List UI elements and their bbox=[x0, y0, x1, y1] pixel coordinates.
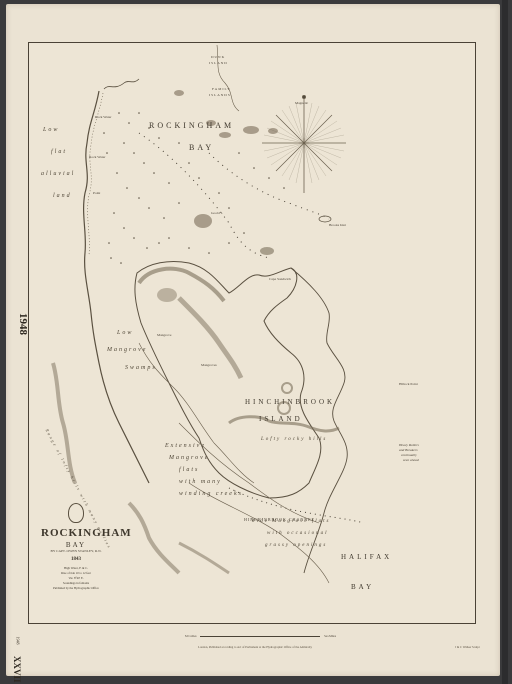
label-rock-water-2: Rock Water bbox=[89, 155, 105, 159]
label-with-occasional: with occasional bbox=[267, 531, 329, 536]
label-cape-sandwich: Cape Sandwich bbox=[269, 277, 291, 281]
label-hillock-point: Hillock Point bbox=[399, 382, 418, 386]
label-mangrove-creek: Mangrove bbox=[157, 333, 171, 337]
label-brooks-islet: Brooks Islet bbox=[329, 223, 346, 227]
label-extensive: Extensive bbox=[165, 443, 206, 449]
label-lofty-rocky-hills: Lofty rocky hills bbox=[261, 437, 327, 442]
label-shoal-note-3: continually bbox=[401, 453, 417, 457]
publisher-imprint: London, Published according to Act of Pa… bbox=[190, 645, 320, 649]
label-rockingham: ROCKINGHAM bbox=[149, 121, 234, 130]
admiralty-seal-icon bbox=[68, 503, 84, 523]
label-winding-creeks: winding creeks bbox=[179, 491, 243, 497]
label-goold-island: Goold I. bbox=[211, 211, 223, 215]
label-mangrove: Mangrove bbox=[107, 347, 147, 353]
compass-rose bbox=[262, 96, 346, 194]
label-low: Low bbox=[43, 127, 59, 133]
label-swamps: Swamps bbox=[125, 365, 157, 371]
surveyor-line: BY CAPT. OWEN STANLEY, R.N. bbox=[41, 549, 111, 553]
mainland-coastline bbox=[84, 91, 149, 483]
chart-notes: High Water, F. & C. Rise of tide 10 to 1… bbox=[41, 566, 111, 591]
small-sheet-number: 1948 bbox=[16, 637, 21, 645]
label-mangrove-flats: Mangrove bbox=[169, 455, 209, 461]
chart-subtitle: BAY bbox=[41, 541, 111, 549]
label-grassy-openings: grassy openings bbox=[265, 543, 327, 548]
label-alluvial: alluvial bbox=[41, 171, 75, 177]
label-hinchinbrook: HINCHINBROOK bbox=[245, 398, 335, 406]
label-bay: BAY bbox=[189, 143, 214, 152]
sheet-edge-shadow bbox=[502, 0, 508, 684]
label-rock-water-1: Rock Water bbox=[95, 115, 111, 119]
label-mangroves: Mangroves bbox=[201, 363, 217, 367]
scale-line bbox=[200, 636, 320, 637]
label-halifax-bay: BAY bbox=[351, 583, 374, 591]
label-halifax-text: HALIFAX bbox=[341, 553, 392, 561]
scale-right-label: Sea Miles bbox=[324, 634, 336, 638]
map-frame: ROCKINGHAM BAY HINCHINBROOK ISLAND HALIF… bbox=[28, 42, 476, 624]
label-point: Point bbox=[93, 191, 100, 195]
label-shoal-note-2: and Breakers bbox=[399, 448, 418, 452]
label-family: FAMILY bbox=[212, 87, 231, 91]
engraver-credit: J & C Walker Sculpt bbox=[455, 645, 480, 649]
chart-title: ROCKINGHAM bbox=[41, 527, 111, 539]
scale-bar: M Cables Sea Miles bbox=[185, 634, 336, 638]
goold-island bbox=[194, 214, 212, 228]
soundings bbox=[103, 112, 285, 264]
compass-label: Magnetic bbox=[295, 101, 308, 105]
label-with-many: with many bbox=[179, 479, 222, 485]
chart-year: 1843 bbox=[41, 557, 111, 562]
plate-number: XXVII bbox=[12, 656, 22, 683]
label-shoal-note-1: Heavy Rollers bbox=[399, 443, 419, 447]
label-island: ISLAND bbox=[259, 415, 303, 423]
note-line: Published by the Hydrographic Office bbox=[41, 586, 111, 591]
label-flats: flats bbox=[179, 467, 199, 473]
label-wide-mangrove-flats: Wide Mangrove flats bbox=[251, 519, 330, 524]
label-family-islands: ISLANDS bbox=[209, 93, 231, 97]
label-shoal-note-4: seen ahead bbox=[403, 458, 419, 462]
label-flat: flat bbox=[51, 149, 67, 155]
label-low-2: Low bbox=[117, 330, 133, 336]
label-land: land bbox=[53, 193, 72, 199]
scale-left-label: M Cables bbox=[185, 634, 197, 638]
label-dunk-island: ISLAND bbox=[209, 61, 228, 65]
title-cartouche: ROCKINGHAM BAY BY CAPT. OWEN STANLEY, R.… bbox=[41, 503, 111, 591]
label-dunk: DUNK bbox=[211, 55, 225, 59]
